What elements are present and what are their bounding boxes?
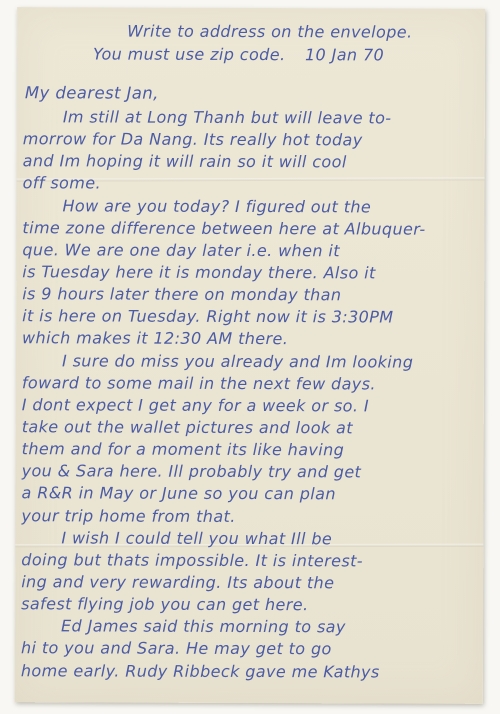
letter-line: off some. [23,173,481,197]
letter-line: que. We are one day later i.e. when it [22,239,480,263]
salutation: My dearest Jan, [25,83,159,102]
letter-line: which makes it 12:30 AM there. [22,328,480,352]
letter-line: I dont expect I get any for a week or so… [22,394,480,418]
letter-line: Im still at Long Thanh but will leave to… [23,106,481,130]
envelope-instruction-line1: Write to address on the envelope. [127,22,412,42]
letter-line: home early. Rudy Ribbeck gave me Kathys [21,660,479,684]
letter-line: is Tuesday here it is monday there. Also… [22,261,480,285]
letter-line: take out the wallet pictures and look at [22,416,480,440]
letter-line: and Im hoping it will rain so it will co… [23,150,481,174]
letter-line: is 9 hours later there on monday than [22,283,480,307]
letter-line: Ed James said this morning to say [21,615,479,639]
letter-line: ing and very rewarding. Its about the [21,571,479,595]
letter-line: I wish I could tell you what Ill be [21,527,479,551]
letter-line: morrow for Da Nang. Its really hot today [23,128,481,152]
letter-line: your trip home from that. [21,505,479,529]
letter-date: 10 Jan 70 [305,45,384,64]
letter-line: a R&R in May or June so you can plan [21,483,479,507]
letter-line: them and for a moment its like having [22,438,480,462]
letter-body: Im still at Long Thanh but will leave to… [21,106,481,683]
envelope-instruction-line2-row: You must use zip code. 10 Jan 70 [93,44,384,64]
letter-line: you & Sara here. Ill probably try and ge… [22,460,480,484]
scan-background: Write to address on the envelope. You mu… [0,0,500,714]
letter-line: foward to some mail in the next few days… [22,372,480,396]
letter-line: doing but thats impossible. It is intere… [21,549,479,573]
letter-line: it is here on Tuesday. Right now it is 3… [22,305,480,329]
letter-line: safest flying job you can get here. [21,593,479,617]
letter-line: How are you today? I figured out the [22,195,480,219]
letter-line: I sure do miss you already and Im lookin… [22,350,480,374]
envelope-instruction-line2: You must use zip code. [93,44,285,64]
letter-line: time zone difference between here at Alb… [22,217,480,241]
letter-line: hi to you and Sara. He may get to go [21,638,479,662]
letter-paper: Write to address on the envelope. You mu… [15,7,485,704]
